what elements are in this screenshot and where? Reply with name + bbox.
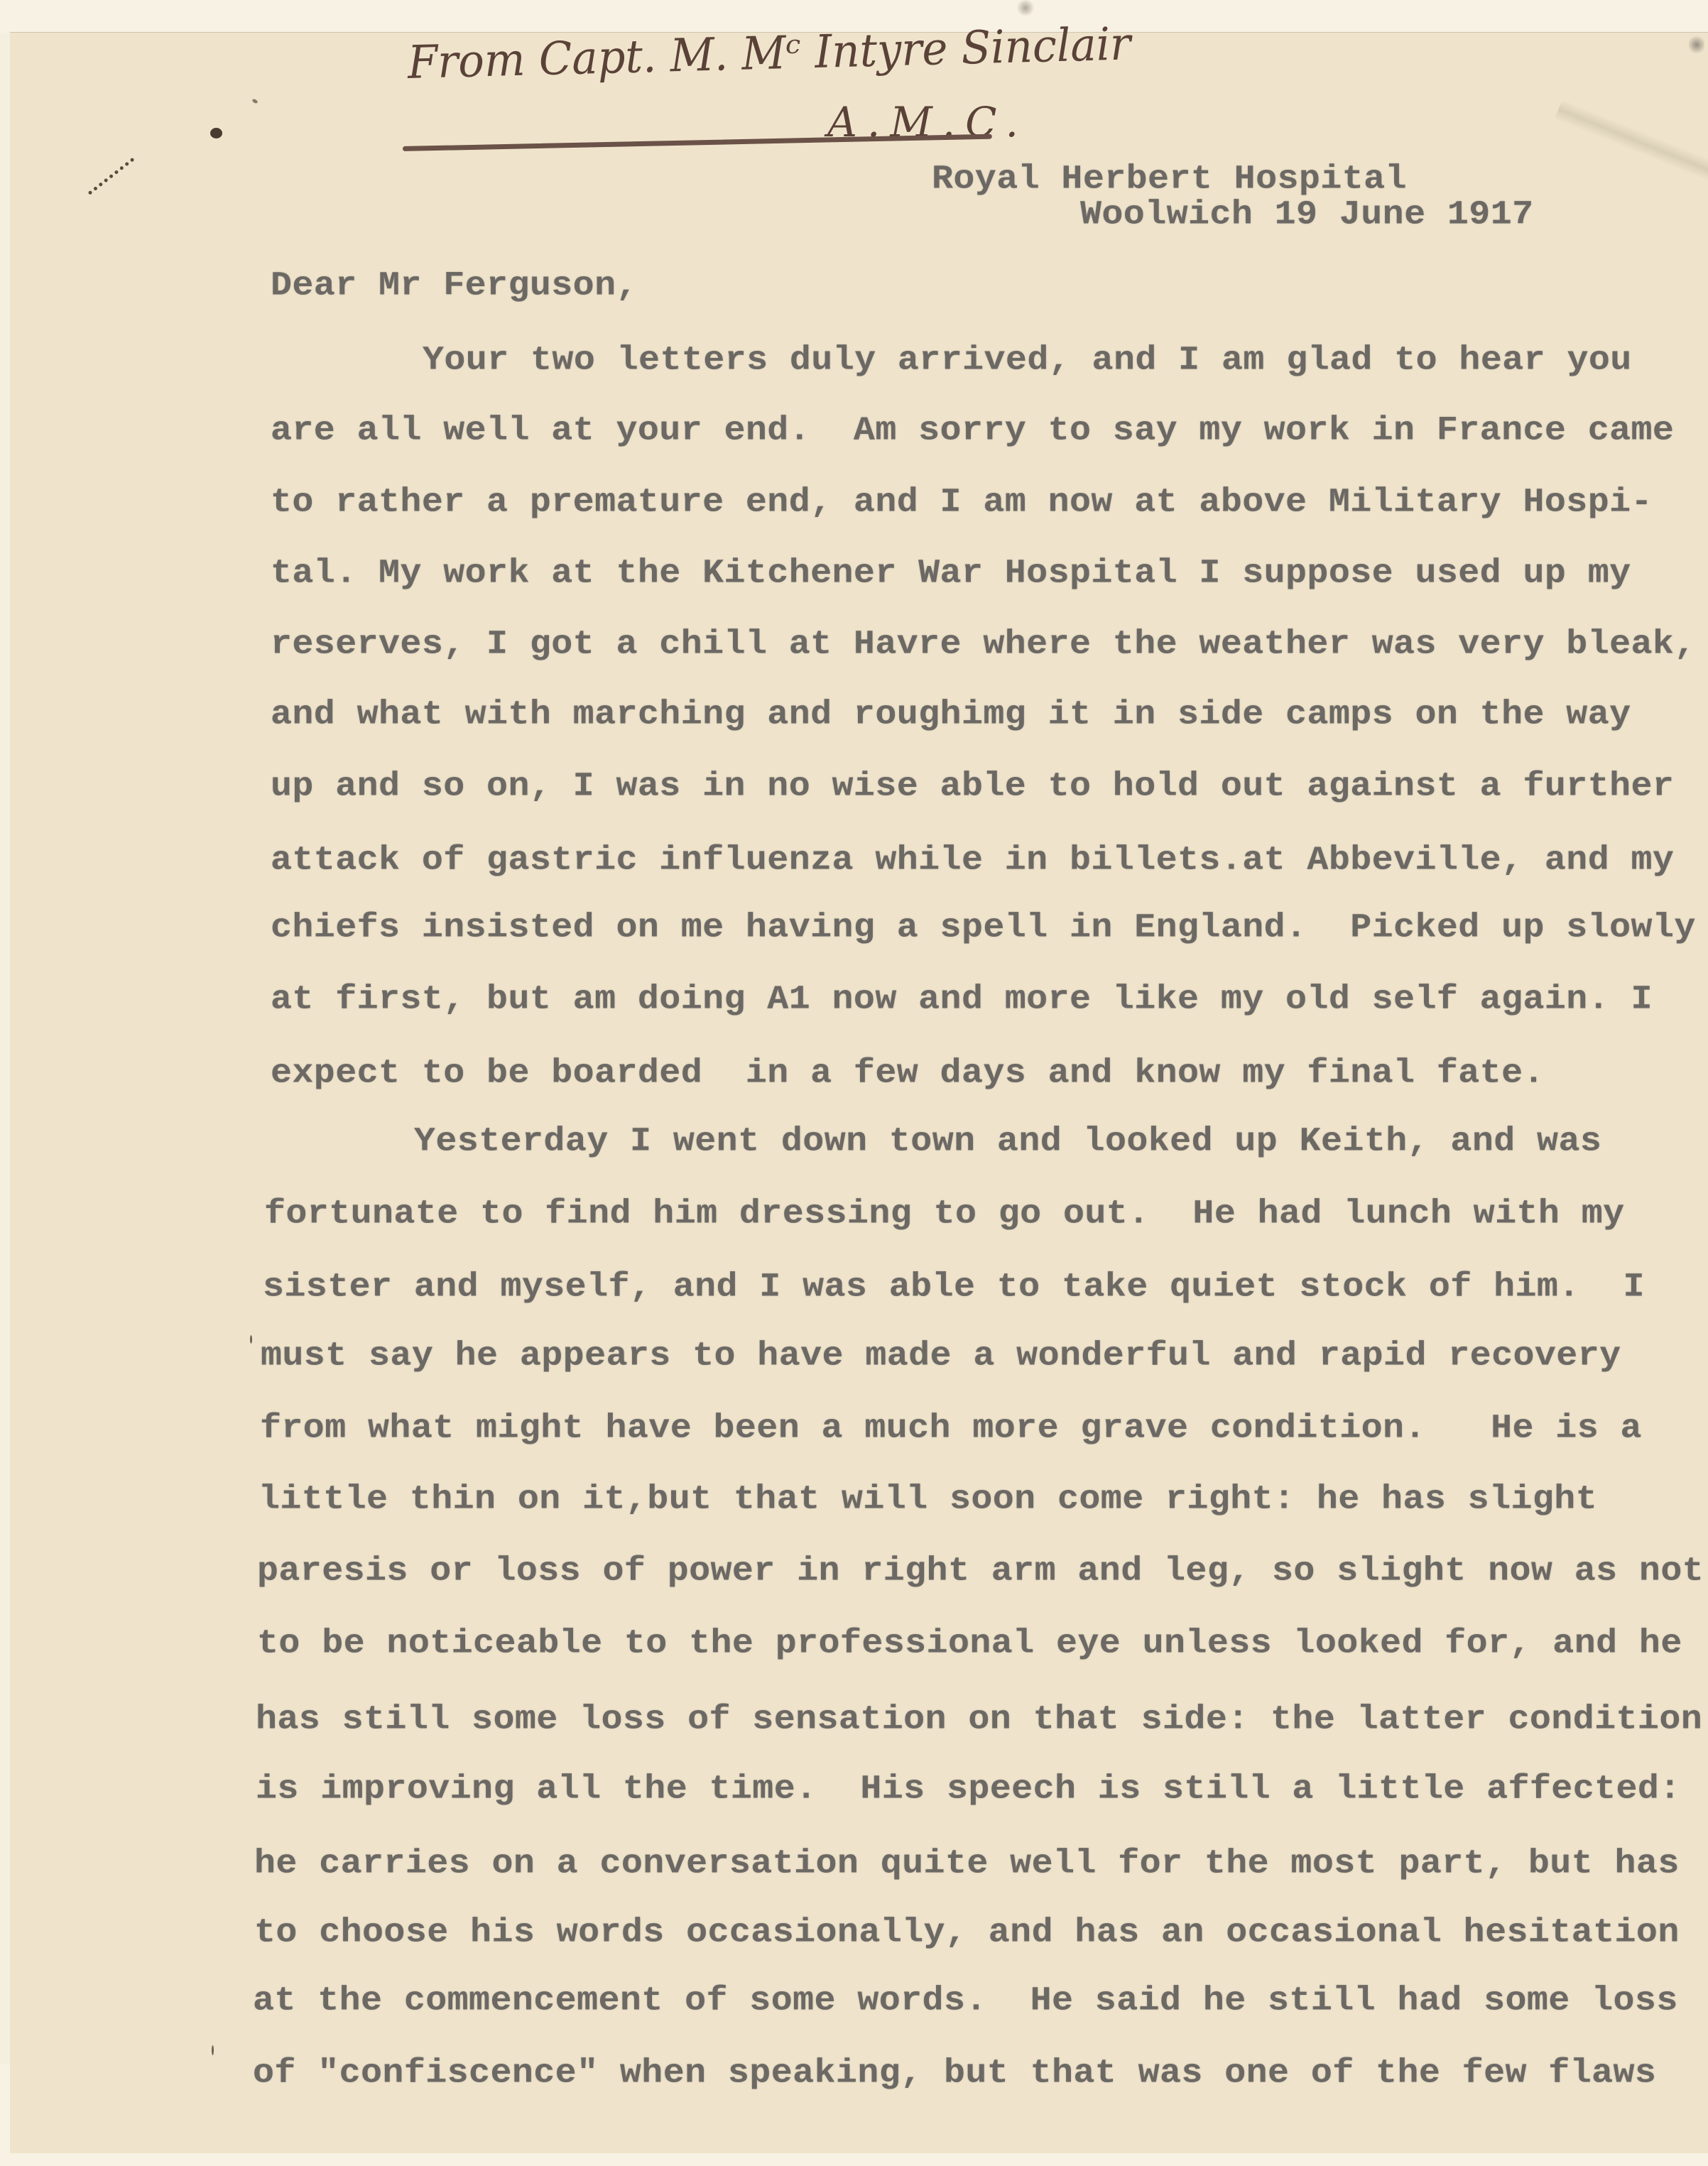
body-line: fortunate to find him dressing to go out… xyxy=(264,1197,1625,1231)
salutation: Dear Mr Ferguson, xyxy=(271,269,638,303)
body-line: chiefs insisted on me having a spell in … xyxy=(271,911,1696,945)
body-line: has still some loss of sensation on that… xyxy=(256,1703,1702,1737)
body-line: must say he appears to have made a wonde… xyxy=(261,1339,1621,1373)
body-line: at the commencement of some words. He sa… xyxy=(253,1984,1678,2018)
body-line: of "confiscence" when speaking, but that… xyxy=(253,2057,1656,2091)
body-line: are all well at your end. Am sorry to sa… xyxy=(271,414,1674,448)
body-line: little thin on it,but that will soon com… xyxy=(259,1483,1597,1517)
body-line: from what might have been a much more gr… xyxy=(260,1412,1642,1446)
body-line: reserves, I got a chill at Havre where t… xyxy=(271,628,1696,662)
stray-mark xyxy=(250,1335,252,1344)
body-line: sister and myself, and I was able to tak… xyxy=(263,1270,1645,1305)
corner-stain xyxy=(1689,34,1704,55)
address-line-1: Royal Herbert Hospital xyxy=(932,163,1407,197)
page-left-margin-strip xyxy=(0,33,10,2064)
body-line: to be noticeable to the professional eye… xyxy=(257,1627,1682,1661)
body-line: is improving all the time. His speech is… xyxy=(256,1773,1681,1807)
body-line: to rather a premature end, and I am now … xyxy=(271,486,1653,520)
body-line: tal. My work at the Kitchener War Hospit… xyxy=(271,557,1631,591)
stray-mark xyxy=(212,2045,214,2055)
ink-spot xyxy=(210,128,222,138)
body-line: to choose his words occasionally, and ha… xyxy=(254,1916,1680,1950)
body-line: Your two letters duly arrived, and I am … xyxy=(423,344,1632,378)
body-line: up and so on, I was in no wise able to h… xyxy=(271,770,1674,804)
smudge-mark xyxy=(1016,0,1035,16)
body-line: at first, but am doing A1 now and more l… xyxy=(271,983,1653,1017)
body-line: Yesterday I went down town and looked up… xyxy=(414,1125,1601,1159)
body-line: expect to be boarded in a few days and k… xyxy=(271,1057,1545,1091)
body-line: he carries on a conversation quite well … xyxy=(254,1847,1680,1881)
page-bottom-strip xyxy=(0,2153,1708,2166)
body-line: and what with marching and roughimg it i… xyxy=(271,698,1631,732)
body-line: paresis or loss of power in right arm an… xyxy=(257,1555,1704,1589)
body-line: attack of gastric influenza while in bil… xyxy=(271,844,1674,878)
address-date-line: Woolwich 19 June 1917 xyxy=(1080,198,1534,232)
